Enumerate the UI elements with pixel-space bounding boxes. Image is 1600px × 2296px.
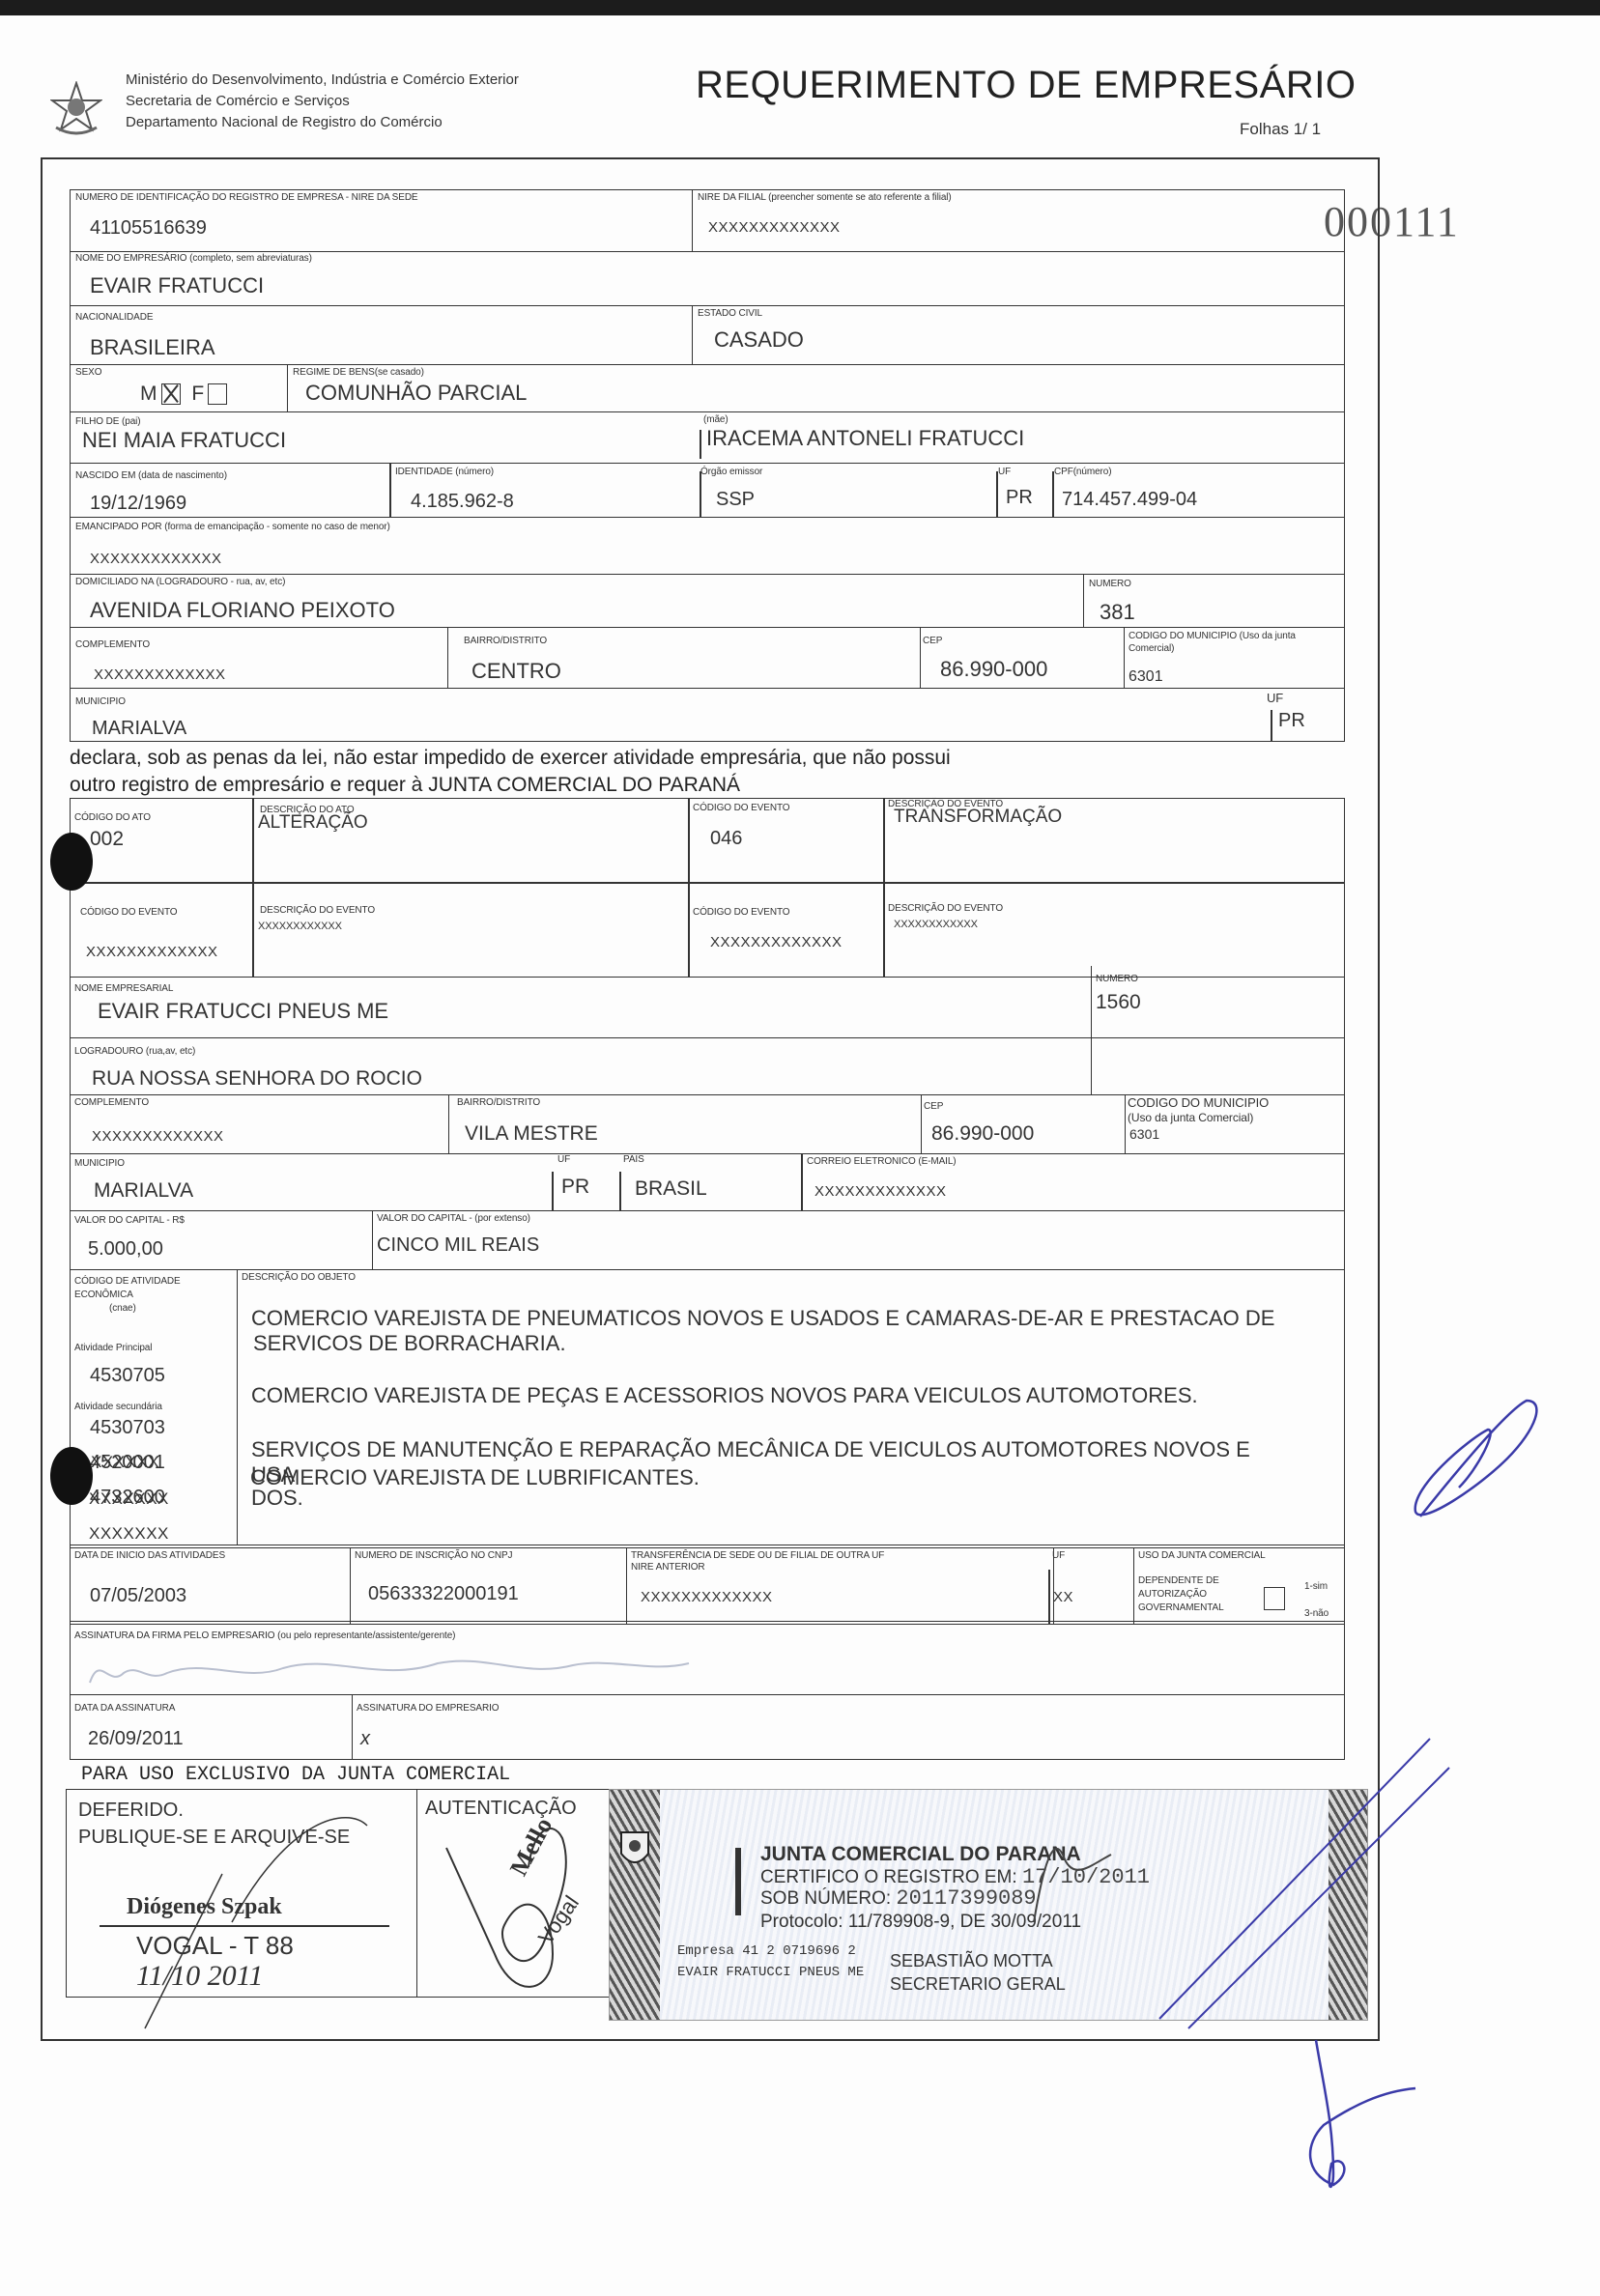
blue-pen-signatures bbox=[0, 0, 1600, 2296]
